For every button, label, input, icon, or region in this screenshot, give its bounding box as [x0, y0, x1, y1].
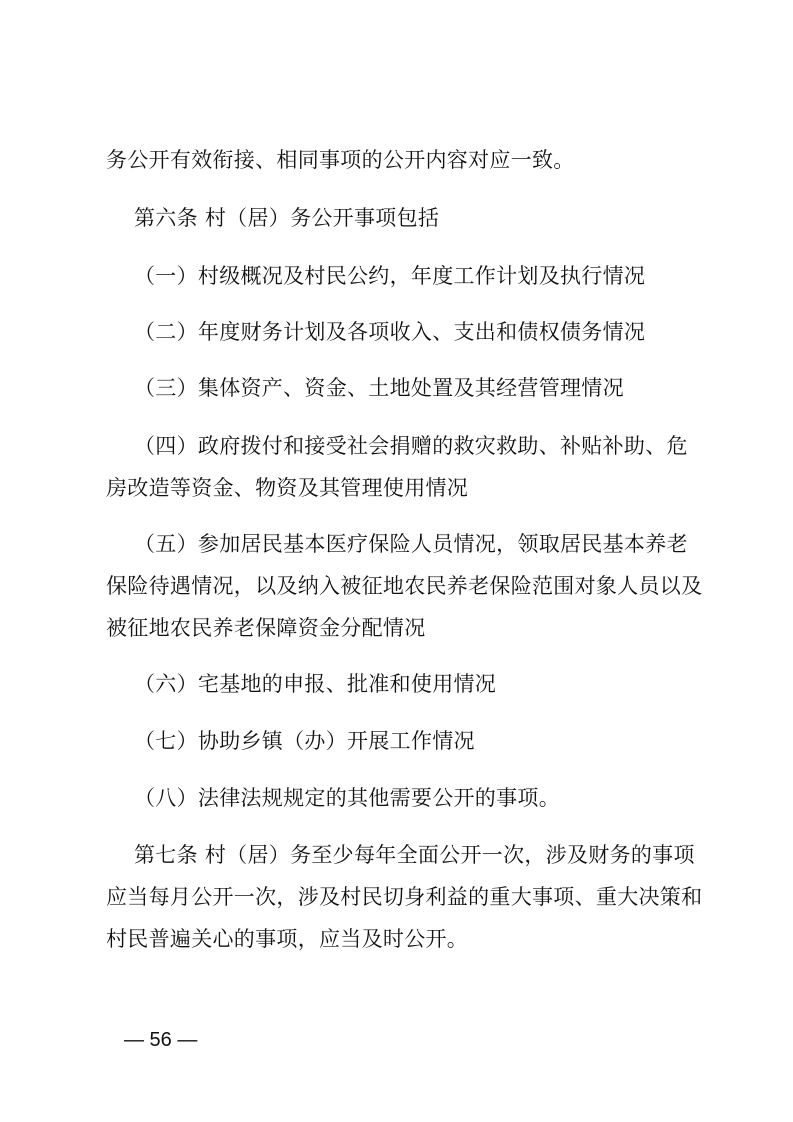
list-item-2: （二）年度财务计划及各项收入、支出和债权债务情况	[134, 318, 645, 346]
article-7-line-1: 第七条 村（居）务至少每年全面公开一次，涉及财务的事项	[134, 841, 695, 869]
list-item-6: （六）宅基地的申报、批准和使用情况	[134, 670, 496, 698]
list-item-5-line-1: （五）参加居民基本医疗保险人员情况，领取居民基本养老	[134, 530, 688, 558]
list-item-8: （八）法律法规规定的其他需要公开的事项。	[134, 784, 560, 812]
list-item-5-line-3: 被征地农民养老保障资金分配情况	[106, 614, 426, 642]
text-line-continuation: 务公开有效衔接、相同事项的公开内容对应一致。	[106, 146, 575, 174]
article-7-line-3: 村民普遍关心的事项，应当及时公开。	[106, 925, 468, 953]
list-item-4-line-2: 房改造等资金、物资及其管理使用情况	[106, 474, 468, 502]
document-page: 务公开有效衔接、相同事项的公开内容对应一致。 第六条 村（居）务公开事项包括 （…	[0, 0, 793, 1122]
list-item-3: （三）集体资产、资金、土地处置及其经营管理情况	[134, 374, 624, 402]
article-7-line-2: 应当每月公开一次，涉及村民切身利益的重大事项、重大决策和	[106, 883, 702, 911]
list-item-4-line-1: （四）政府拨付和接受社会捐赠的救灾救助、补贴补助、危	[134, 432, 688, 460]
page-number: — 56 —	[124, 1028, 197, 1052]
article-6-heading: 第六条 村（居）务公开事项包括	[134, 204, 439, 232]
list-item-5-line-2: 保险待遇情况，以及纳入被征地农民养老保险范围对象人员以及	[106, 572, 702, 600]
list-item-1: （一）村级概况及村民公约，年度工作计划及执行情况	[134, 262, 645, 290]
list-item-7: （七）协助乡镇（办）开展工作情况	[134, 727, 475, 755]
